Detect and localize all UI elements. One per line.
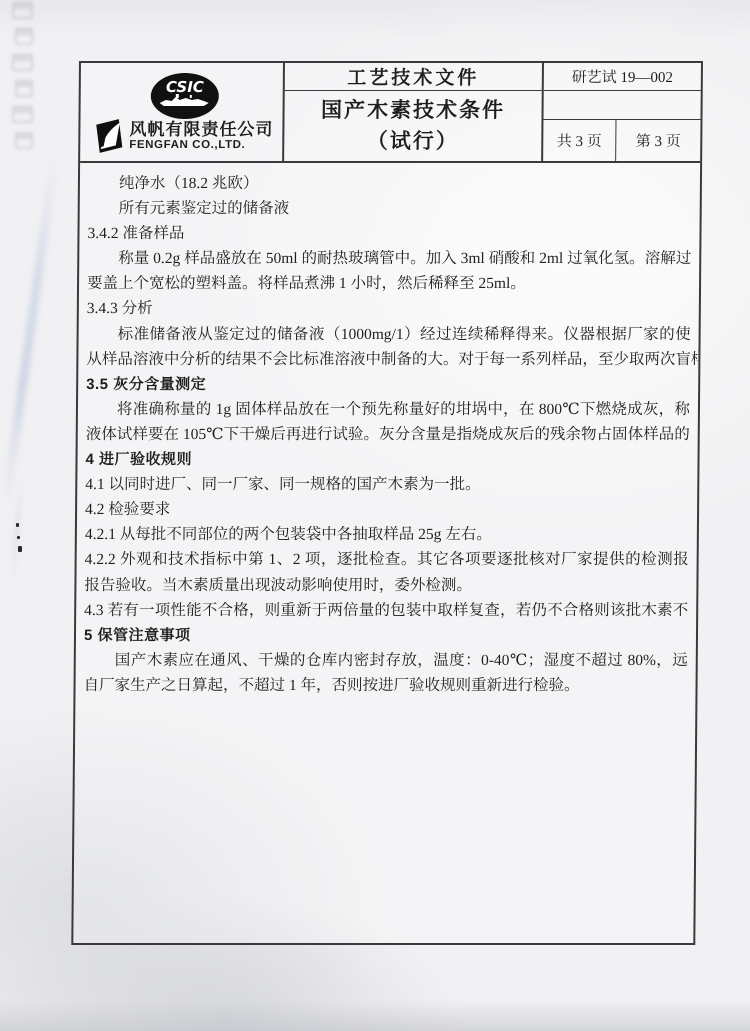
doc-line: 称量 0.2g 样品盛放在 50ml 的耐热玻璃管中。加入 3ml 硝酸和 2m… — [87, 246, 691, 271]
company-block: 风帆有限责任公司 FENGFAN CO.,LTD. — [93, 118, 273, 154]
bleed-smudge — [12, 106, 33, 123]
title-cell: 工艺技术文件 国产木素技术条件 （试行） — [284, 63, 544, 161]
doc-line: 3.4.3 分析 — [87, 296, 691, 321]
doc-title-line2: （试行） — [367, 126, 459, 157]
company-name-cn: 风帆有限责任公司 — [129, 121, 273, 139]
bleed-smudge — [12, 54, 33, 71]
scanned-document-page: { "page": { "paper_color": "#f1f1f3", "i… — [0, 0, 750, 1031]
doc-line: 要盖上个宽松的塑料盖。将样品煮沸 1 小时，然后稀释至 25ml。 — [87, 271, 691, 296]
doc-line: 4.3 若有一项性能不合格，则重新于两倍量的包装中取样复查，若仍不合格则该批木素… — [84, 598, 688, 623]
page-info-row: 共 3 页 第 3 页 — [543, 120, 700, 161]
csic-logo-icon: CSIC — [146, 70, 224, 124]
doc-line: 将准确称量的 1g 固体样品放在一个预先称量好的坩埚中，在 800℃下燃烧成灰，… — [86, 397, 690, 422]
doc-line: 标准储备液从鉴定过的储备液（1000mg/1）经过连续稀释得来。仪器根据厂家的使… — [87, 322, 691, 347]
doc-number: 研艺试 19—002 — [544, 63, 701, 91]
doc-line: 4.2.2 外观和技术指标中第 1、2 项，逐批检查。其它各项要逐批核对厂家提供… — [85, 547, 689, 572]
document-header: CSIC 风帆有限责任公司 FENGFAN CO.,LTD. 工艺技术文件 — [80, 63, 701, 163]
bleed-smudge — [15, 132, 33, 149]
doc-line: 4 进厂验收规则 — [85, 447, 689, 472]
doc-line: 报告验收。当木素质量出现波动影响使用时，委外检测。 — [84, 573, 688, 598]
doc-line: 自厂家生产之日算起，不超过 1 年，否则按进厂验收规则重新进行检验。 — [83, 673, 687, 698]
bleed-smudge — [12, 2, 33, 19]
svg-text:CSIC: CSIC — [166, 78, 204, 96]
document-body: 纯净水（18.2 兆欧）所有元素鉴定过的储备液3.4.2 准备样品称量 0.2g… — [73, 163, 700, 943]
bleed-smudge — [15, 80, 33, 97]
bleed-smudge — [15, 28, 33, 45]
doc-line: 4.2.1 从每批不同部位的两个包装袋中各抽取样品 25g 左右。 — [85, 522, 689, 547]
page-current: 第 3 页 — [616, 120, 700, 161]
fengfan-sail-icon — [93, 118, 123, 154]
doc-line: 4.1 以同时进厂、同一厂家、同一规格的国产木素为一批。 — [85, 472, 689, 497]
doc-line: 5 保管注意事项 — [84, 623, 688, 648]
doc-line: 液体试样要在 105℃下干燥后再进行试验。灰分含量是指烧成灰后的残余物占固体样品… — [86, 422, 690, 447]
doc-type-title: 工艺技术文件 — [285, 63, 542, 91]
document-frame: CSIC 风帆有限责任公司 FENGFAN CO.,LTD. 工艺技术文件 — [71, 61, 703, 945]
empty-cell — [543, 91, 700, 120]
ink-speck — [18, 546, 22, 552]
doc-line: 4.2 检验要求 — [85, 497, 689, 522]
doc-title-line1: 国产木素技术条件 — [321, 95, 505, 126]
ink-speck — [16, 523, 19, 527]
scan-crease — [1, 149, 60, 509]
company-name-en: FENGFAN CO.,LTD. — [129, 139, 273, 151]
doc-line: 所有元素鉴定过的储备液 — [88, 196, 692, 221]
company-text: 风帆有限责任公司 FENGFAN CO.,LTD. — [129, 121, 273, 151]
doc-line: 纯净水（18.2 兆欧） — [88, 171, 692, 196]
pages-total: 共 3 页 — [543, 120, 616, 161]
doc-main-title: 国产木素技术条件 （试行） — [284, 91, 542, 161]
doc-line: 3.5 灰分含量测定 — [86, 372, 690, 397]
header-right-column: 研艺试 19—002 共 3 页 第 3 页 — [543, 63, 701, 161]
logo-cell: CSIC 风帆有限责任公司 FENGFAN CO.,LTD. — [80, 63, 285, 161]
doc-line: 3.4.2 准备样品 — [87, 221, 691, 246]
ink-speck — [17, 536, 20, 539]
doc-line: 从样品溶液中分析的结果不会比标准溶液中制备的大。对于每一系列样品，至少取两次盲样… — [86, 347, 690, 372]
bleed-through-smudges — [10, 2, 36, 142]
doc-line: 国产木素应在通风、干燥的仓库内密封存放，温度：0-40℃；湿度不超过 80%，远… — [84, 648, 688, 673]
